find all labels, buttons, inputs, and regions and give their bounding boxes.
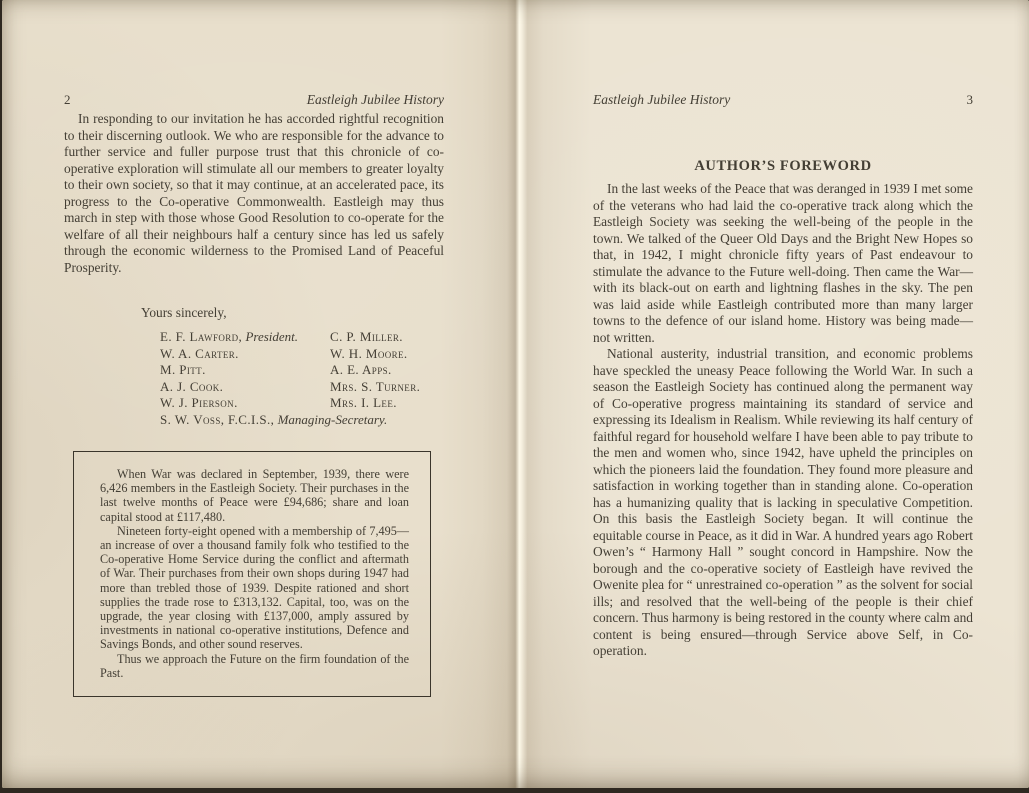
paragraph: When War was declared in September, 1939… <box>100 467 409 524</box>
signatory-name: A. E. Apps. <box>330 362 392 377</box>
right-page-text: In the last weeks of the Peace that was … <box>593 181 973 660</box>
signatory-name: W. J. Pierson. <box>160 395 238 410</box>
right-running-head: Eastleigh Jubilee History 3 <box>593 92 973 108</box>
signatory-row: M. Pitt.A. E. Apps. <box>160 362 448 379</box>
paragraph: Thus we approach the Future on the firm … <box>100 652 409 680</box>
signatory-row: W. A. Carter.W. H. Moore. <box>160 346 448 363</box>
paragraph: In responding to our invitation he has a… <box>64 111 444 276</box>
signatory-name: M. Pitt. <box>160 362 206 377</box>
signatory-list: E. F. Lawford, President.C. P. Miller.W.… <box>160 329 448 429</box>
left-page-text: In responding to our invitation he has a… <box>64 111 444 276</box>
signatory-role: President. <box>242 329 298 344</box>
signatory-name: Mrs. I. Lee. <box>330 395 397 410</box>
signatory-name: W. H. Moore. <box>330 346 408 361</box>
signatory-name: Mrs. S. Turner. <box>330 379 420 394</box>
foreword-heading: AUTHOR’S FOREWORD <box>593 158 973 175</box>
signatory-rows: E. F. Lawford, President.C. P. Miller.W.… <box>160 329 448 412</box>
right-running-title: Eastleigh Jubilee History <box>593 92 730 108</box>
signatory-name: A. J. Cook. <box>160 379 223 394</box>
right-page-number: 3 <box>967 92 974 108</box>
salutation: Yours sincerely, <box>141 305 227 321</box>
paragraph: In the last weeks of the Peace that was … <box>593 181 973 346</box>
paragraph: Nineteen forty-eight opened with a membe… <box>100 524 409 652</box>
signatory-name: W. A. Carter. <box>160 346 239 361</box>
signatory-role: Managing-Secretary. <box>278 412 388 427</box>
signatory-name: E. F. Lawford, <box>160 329 242 344</box>
boxed-note: When War was declared in September, 1939… <box>73 451 431 697</box>
signatory-name: C. P. Miller. <box>330 329 403 344</box>
book-spread: 2 Eastleigh Jubilee History In respondin… <box>2 0 1029 788</box>
left-page-number: 2 <box>64 92 71 108</box>
signatory-name: S. W. Voss, F.C.I.S., <box>160 412 274 427</box>
signatory-row: E. F. Lawford, President.C. P. Miller. <box>160 329 448 346</box>
signatory-row: A. J. Cook.Mrs. S. Turner. <box>160 379 448 396</box>
paragraph: National austerity, industrial transitio… <box>593 346 973 660</box>
signatory-row: W. J. Pierson.Mrs. I. Lee. <box>160 395 448 412</box>
left-running-title: Eastleigh Jubilee History <box>307 92 444 108</box>
book-scan-photo: 2 Eastleigh Jubilee History In respondin… <box>0 0 1029 793</box>
signatory-row-footer: S. W. Voss, F.C.I.S., Managing-Secretary… <box>160 412 448 429</box>
left-running-head: 2 Eastleigh Jubilee History <box>64 92 444 108</box>
